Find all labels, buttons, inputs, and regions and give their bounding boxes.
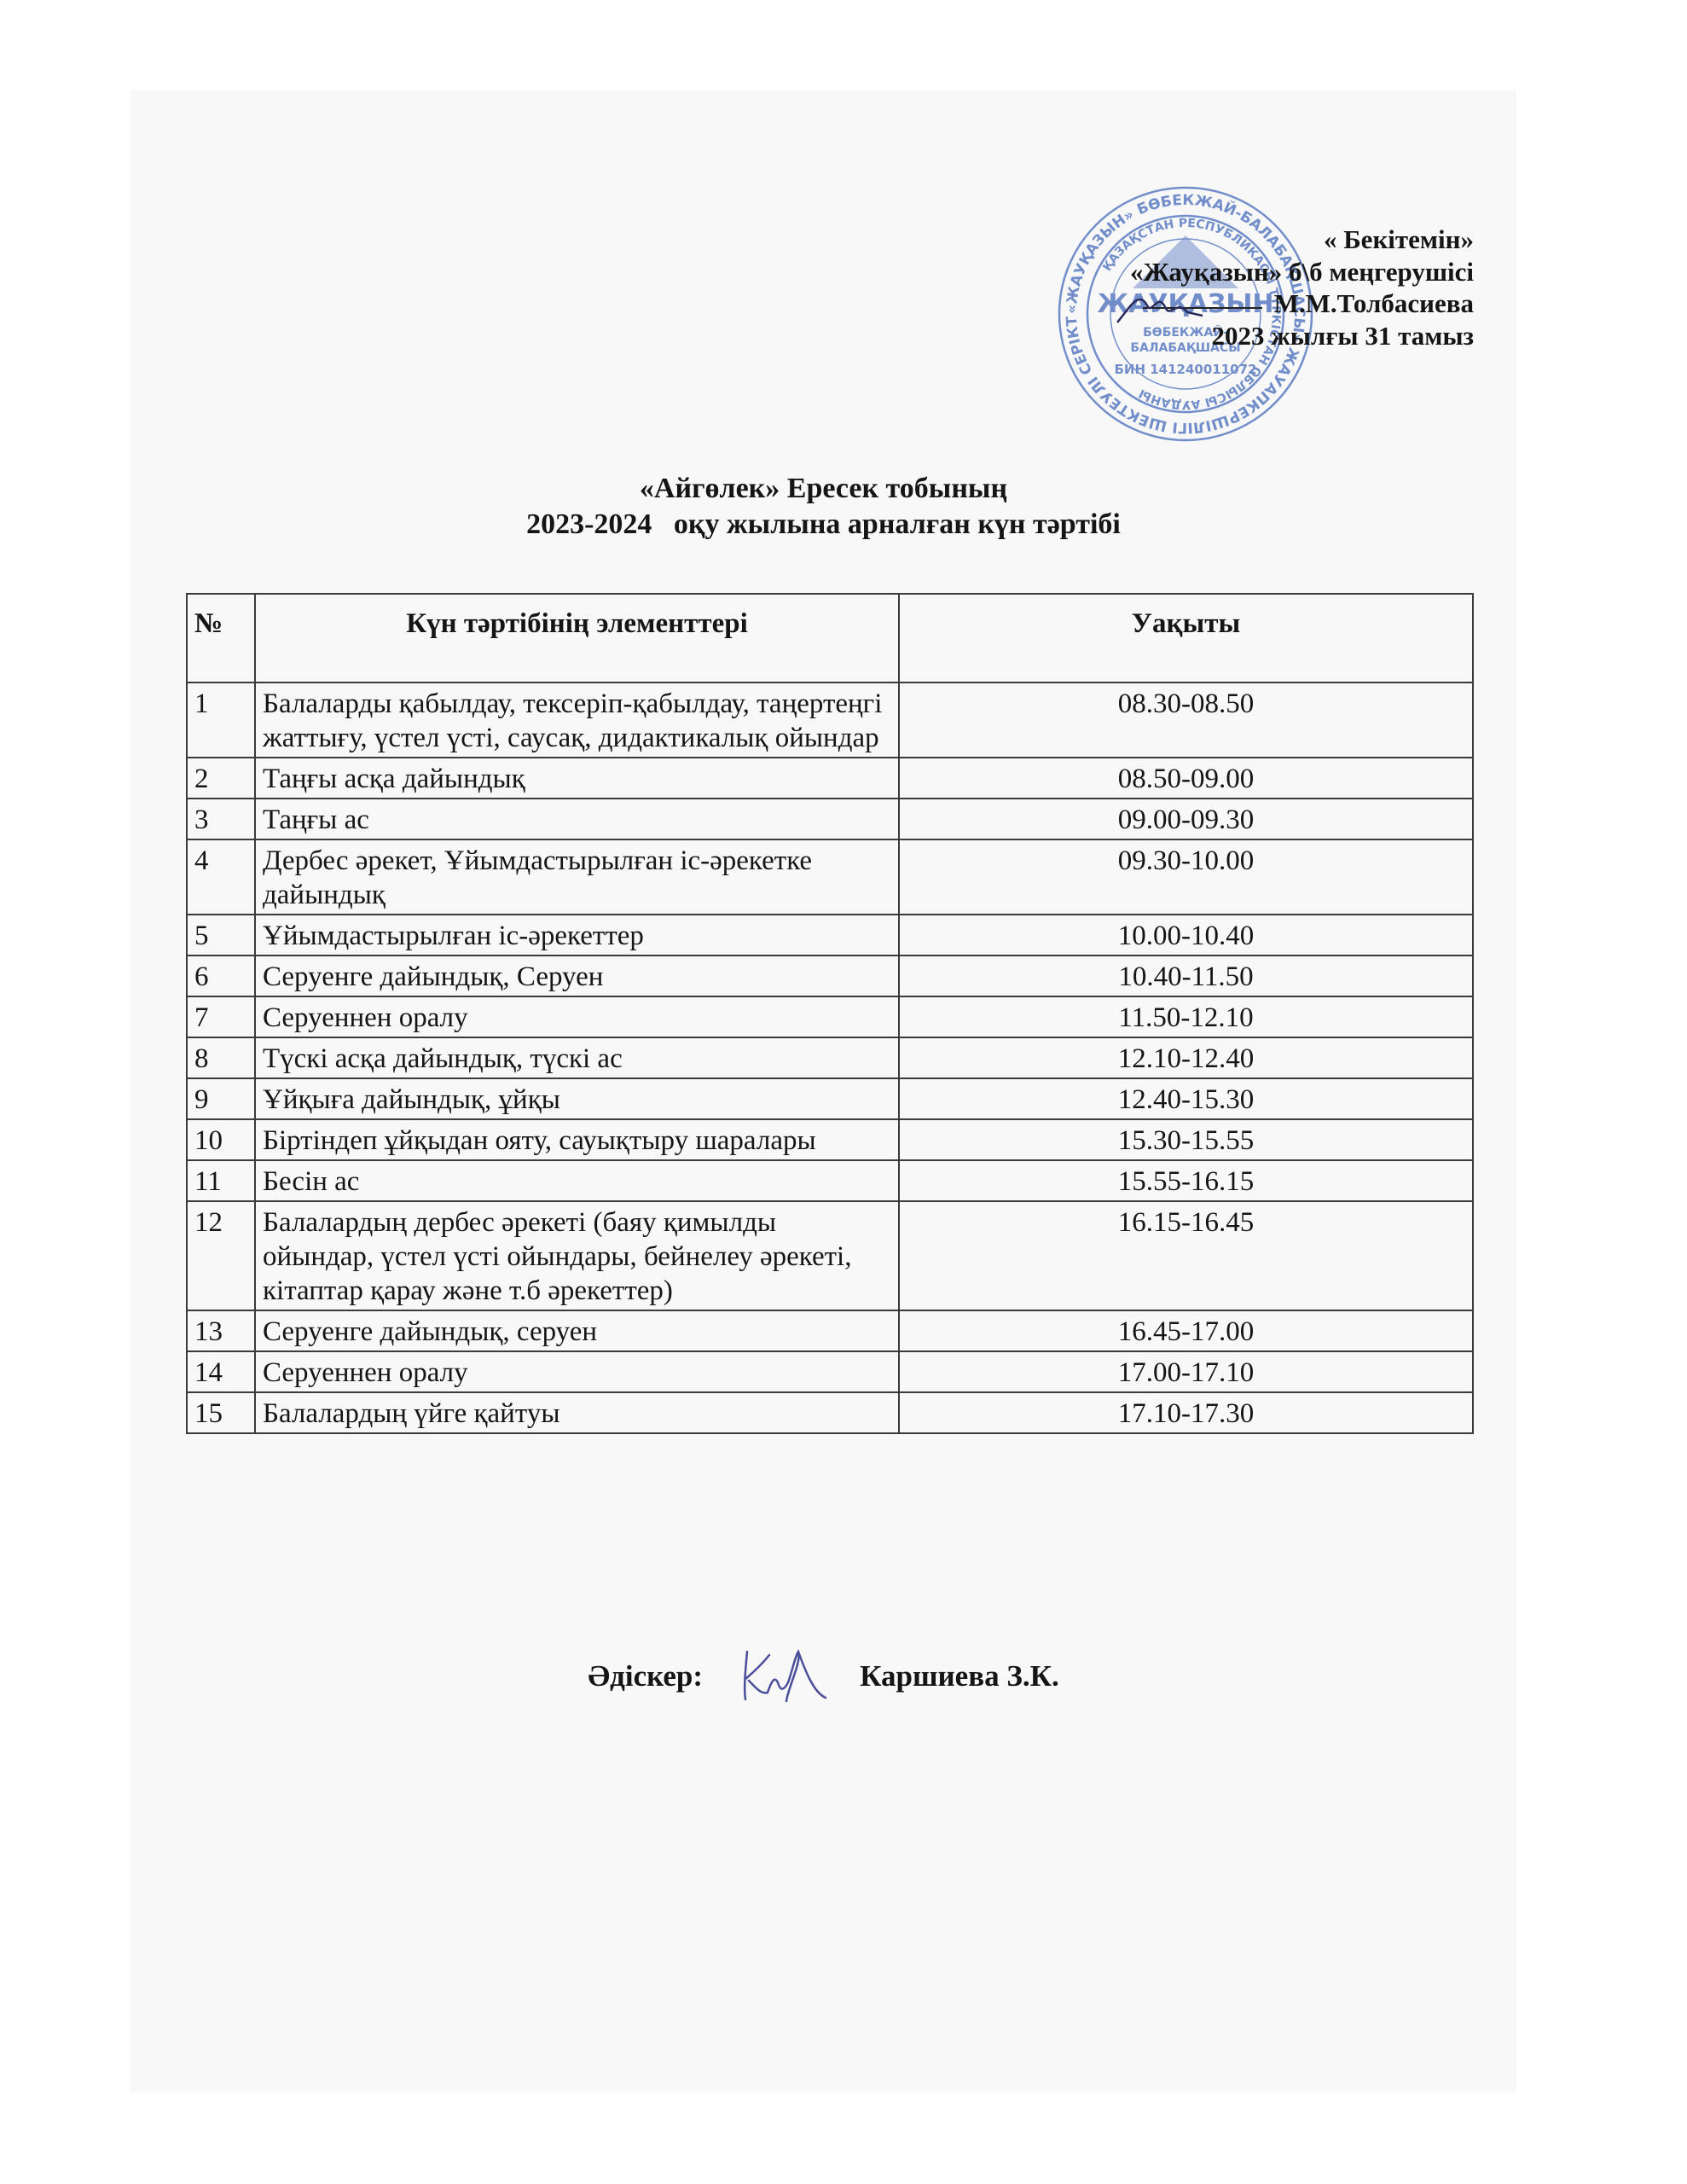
row-number: 7 bbox=[187, 996, 255, 1037]
methodist-name: Каршиева З.К. bbox=[860, 1659, 1059, 1693]
table-row: 1Балаларды қабылдау, тексеріп-қабылдау, … bbox=[187, 682, 1473, 758]
table-row: 14Серуеннен оралу17.00-17.10 bbox=[187, 1351, 1473, 1392]
row-activity: Балалардың дербес әрекеті (баяу қимылды … bbox=[255, 1201, 899, 1310]
row-activity: Таңғы ас bbox=[255, 799, 899, 839]
row-activity: Балаларды қабылдау, тексеріп-қабылдау, т… bbox=[255, 682, 899, 758]
row-number: 6 bbox=[187, 955, 255, 996]
title-group-line: «Айгөлек» Ересек тобының bbox=[130, 471, 1516, 507]
row-number: 15 bbox=[187, 1392, 255, 1433]
director-signature-icon bbox=[1109, 282, 1211, 333]
document-title: «Айгөлек» Ересек тобының 2023-2024 оқу ж… bbox=[130, 471, 1516, 543]
table-row: 11Бесін ас15.55-16.15 bbox=[187, 1160, 1473, 1201]
table-row: 15Балалардың үйге қайтуы17.10-17.30 bbox=[187, 1392, 1473, 1433]
row-time: 17.10-17.30 bbox=[899, 1392, 1473, 1433]
row-time: 16.15-16.45 bbox=[899, 1201, 1473, 1310]
row-time: 12.10-12.40 bbox=[899, 1037, 1473, 1078]
header-time: Уақыты bbox=[899, 594, 1473, 682]
row-time: 15.55-16.15 bbox=[899, 1160, 1473, 1201]
row-time: 10.00-10.40 bbox=[899, 915, 1473, 955]
table-row: 13Серуенге дайындық, серуен16.45-17.00 bbox=[187, 1310, 1473, 1351]
row-time: 09.00-09.30 bbox=[899, 799, 1473, 839]
methodist-label: Әдіскер: bbox=[588, 1659, 703, 1693]
table-row: 6Серуенге дайындық, Серуен10.40-11.50 bbox=[187, 955, 1473, 996]
table-row: 2Таңғы асқа дайындық08.50-09.00 bbox=[187, 758, 1473, 799]
row-activity: Түскі асқа дайындық, түскі ас bbox=[255, 1037, 899, 1078]
table-row: 5Ұйымдастырылған іс-әрекеттер10.00-10.40 bbox=[187, 915, 1473, 955]
row-number: 3 bbox=[187, 799, 255, 839]
row-number: 4 bbox=[187, 839, 255, 915]
row-time: 10.40-11.50 bbox=[899, 955, 1473, 996]
daily-schedule-table: № Күн тәртібінің элементтері Уақыты 1Бал… bbox=[186, 593, 1474, 1434]
row-activity: Бесін ас bbox=[255, 1160, 899, 1201]
header-elements: Күн тәртібінің элементтері bbox=[255, 594, 899, 682]
row-time: 08.30-08.50 bbox=[899, 682, 1473, 758]
row-time: 16.45-17.00 bbox=[899, 1310, 1473, 1351]
row-time: 12.40-15.30 bbox=[899, 1078, 1473, 1119]
row-number: 14 bbox=[187, 1351, 255, 1392]
row-activity: Серуенге дайындық, серуен bbox=[255, 1310, 899, 1351]
row-time: 09.30-10.00 bbox=[899, 839, 1473, 915]
row-number: 1 bbox=[187, 682, 255, 758]
row-activity: Ұйқыға дайындық, ұйқы bbox=[255, 1078, 899, 1119]
row-number: 9 bbox=[187, 1078, 255, 1119]
row-number: 12 bbox=[187, 1201, 255, 1310]
table-row: 4Дербес әрекет, Ұйымдастырылған іс-әреке… bbox=[187, 839, 1473, 915]
row-number: 8 bbox=[187, 1037, 255, 1078]
row-time: 17.00-17.10 bbox=[899, 1351, 1473, 1392]
approver-name: М.М.Толбасиева bbox=[1274, 288, 1474, 318]
row-number: 2 bbox=[187, 758, 255, 799]
row-activity: Серуенге дайындық, Серуен bbox=[255, 955, 899, 996]
table-header-row: № Күн тәртібінің элементтері Уақыты bbox=[187, 594, 1473, 682]
title-year-line: 2023-2024 оқу жылына арналған күн тәртіб… bbox=[130, 507, 1516, 543]
table-row: 8Түскі асқа дайындық, түскі ас12.10-12.4… bbox=[187, 1037, 1473, 1078]
row-number: 10 bbox=[187, 1119, 255, 1160]
row-activity: Дербес әрекет, Ұйымдастырылған іс-әрекет… bbox=[255, 839, 899, 915]
table-row: 9Ұйқыға дайындық, ұйқы12.40-15.30 bbox=[187, 1078, 1473, 1119]
table-row: 10Біртіндеп ұйқыдан ояту, сауықтыру шара… bbox=[187, 1119, 1473, 1160]
row-activity: Серуеннен оралу bbox=[255, 996, 899, 1037]
row-activity: Ұйымдастырылған іс-әрекеттер bbox=[255, 915, 899, 955]
header-number: № bbox=[187, 594, 255, 682]
svg-text:БИН 141240011072: БИН 141240011072 bbox=[1114, 362, 1256, 377]
methodist-signature-icon bbox=[737, 1645, 839, 1705]
row-time: 15.30-15.55 bbox=[899, 1119, 1473, 1160]
table-row: 3Таңғы ас09.00-09.30 bbox=[187, 799, 1473, 839]
methodist-signature-block: Әдіскер: Каршиева З.К. bbox=[130, 1645, 1516, 1705]
table-row: 7Серуеннен оралу11.50-12.10 bbox=[187, 996, 1473, 1037]
row-time: 08.50-09.00 bbox=[899, 758, 1473, 799]
row-activity: Балалардың үйге қайтуы bbox=[255, 1392, 899, 1433]
row-activity: Біртіндеп ұйқыдан ояту, сауықтыру шарала… bbox=[255, 1119, 899, 1160]
row-activity: Серуеннен оралу bbox=[255, 1351, 899, 1392]
row-number: 5 bbox=[187, 915, 255, 955]
table-row: 12Балалардың дербес әрекеті (баяу қимылд… bbox=[187, 1201, 1473, 1310]
row-number: 13 bbox=[187, 1310, 255, 1351]
approval-heading: « Бекітемін» bbox=[1130, 224, 1474, 256]
row-time: 11.50-12.10 bbox=[899, 996, 1473, 1037]
row-activity: Таңғы асқа дайындық bbox=[255, 758, 899, 799]
row-number: 11 bbox=[187, 1160, 255, 1201]
